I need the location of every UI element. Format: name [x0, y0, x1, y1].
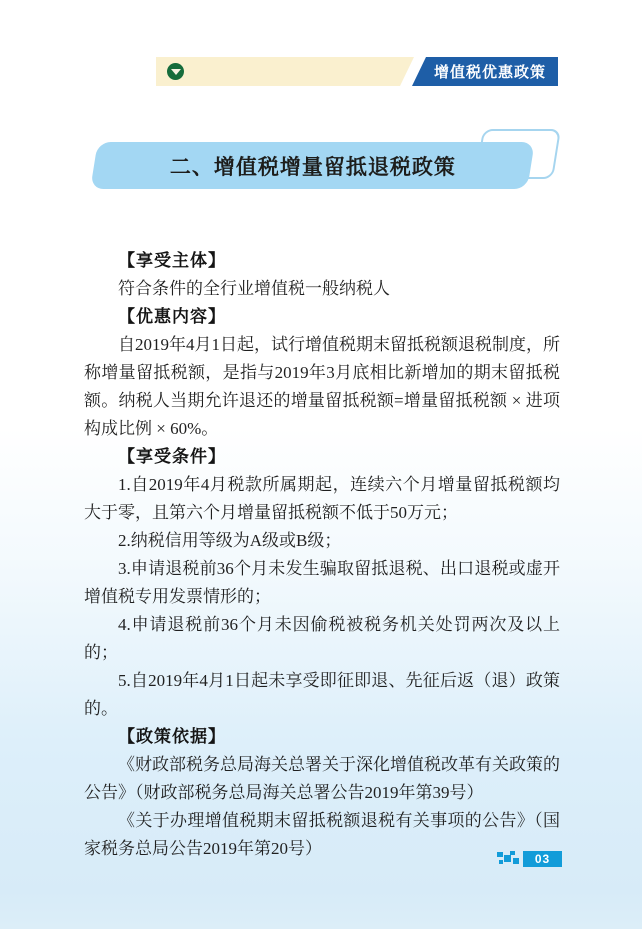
leaf-down-icon: [167, 63, 184, 80]
header-ribbon: 增值税优惠政策: [412, 57, 558, 86]
header-bar: [156, 57, 414, 86]
section-heading-beneficiary: 【享受主体】: [84, 247, 560, 275]
paragraph: 自2019年4月1日起，试行增值税期末留抵税额退税制度，所称增量留抵税额，是指与…: [84, 331, 560, 443]
pixel-decoration: [504, 855, 511, 862]
page-number-box: 03: [523, 851, 562, 867]
chapter-title-banner: 二、增值税增量留抵退税政策: [90, 142, 534, 189]
paragraph: 《关于办理增值税期末留抵税额退税有关事项的公告》（国家税务总局公告2019年第2…: [84, 807, 560, 863]
paragraph: 符合条件的全行业增值税一般纳税人: [84, 275, 560, 303]
paragraph: 3.申请退税前36个月未发生骗取留抵退税、出口退税或虚开增值税专用发票情形的；: [84, 555, 560, 611]
pixel-decoration: [499, 860, 503, 864]
document-body: 【享受主体】 符合条件的全行业增值税一般纳税人 【优惠内容】 自2019年4月1…: [84, 247, 560, 863]
paragraph: 1.自2019年4月税款所属期起，连续六个月增量留抵税额均大于零，且第六个月增量…: [84, 471, 560, 527]
section-heading-policy-basis: 【政策依据】: [84, 723, 560, 751]
chapter-title: 二、增值税增量留抵退税政策: [170, 151, 456, 181]
pixel-decoration: [497, 852, 503, 857]
section-heading-conditions: 【享受条件】: [84, 443, 560, 471]
document-page: 增值税优惠政策 二、增值税增量留抵退税政策 【享受主体】 符合条件的全行业增值税…: [0, 0, 642, 929]
paragraph: 《财政部税务总局海关总署关于深化增值税改革有关政策的公告》（财政部税务总局海关总…: [84, 751, 560, 807]
page-number-badge: 03: [497, 850, 563, 868]
page-number: 03: [535, 852, 550, 866]
paragraph: 4.申请退税前36个月未因偷税被税务机关处罚两次及以上的；: [84, 611, 560, 667]
section-heading-benefit-content: 【优惠内容】: [84, 303, 560, 331]
paragraph: 5.自2019年4月1日起未享受即征即退、先征后返（退）政策的。: [84, 667, 560, 723]
paragraph: 2.纳税信用等级为A级或B级；: [84, 527, 560, 555]
header-label: 增值税优惠政策: [424, 61, 546, 82]
pixel-decoration: [513, 858, 519, 864]
